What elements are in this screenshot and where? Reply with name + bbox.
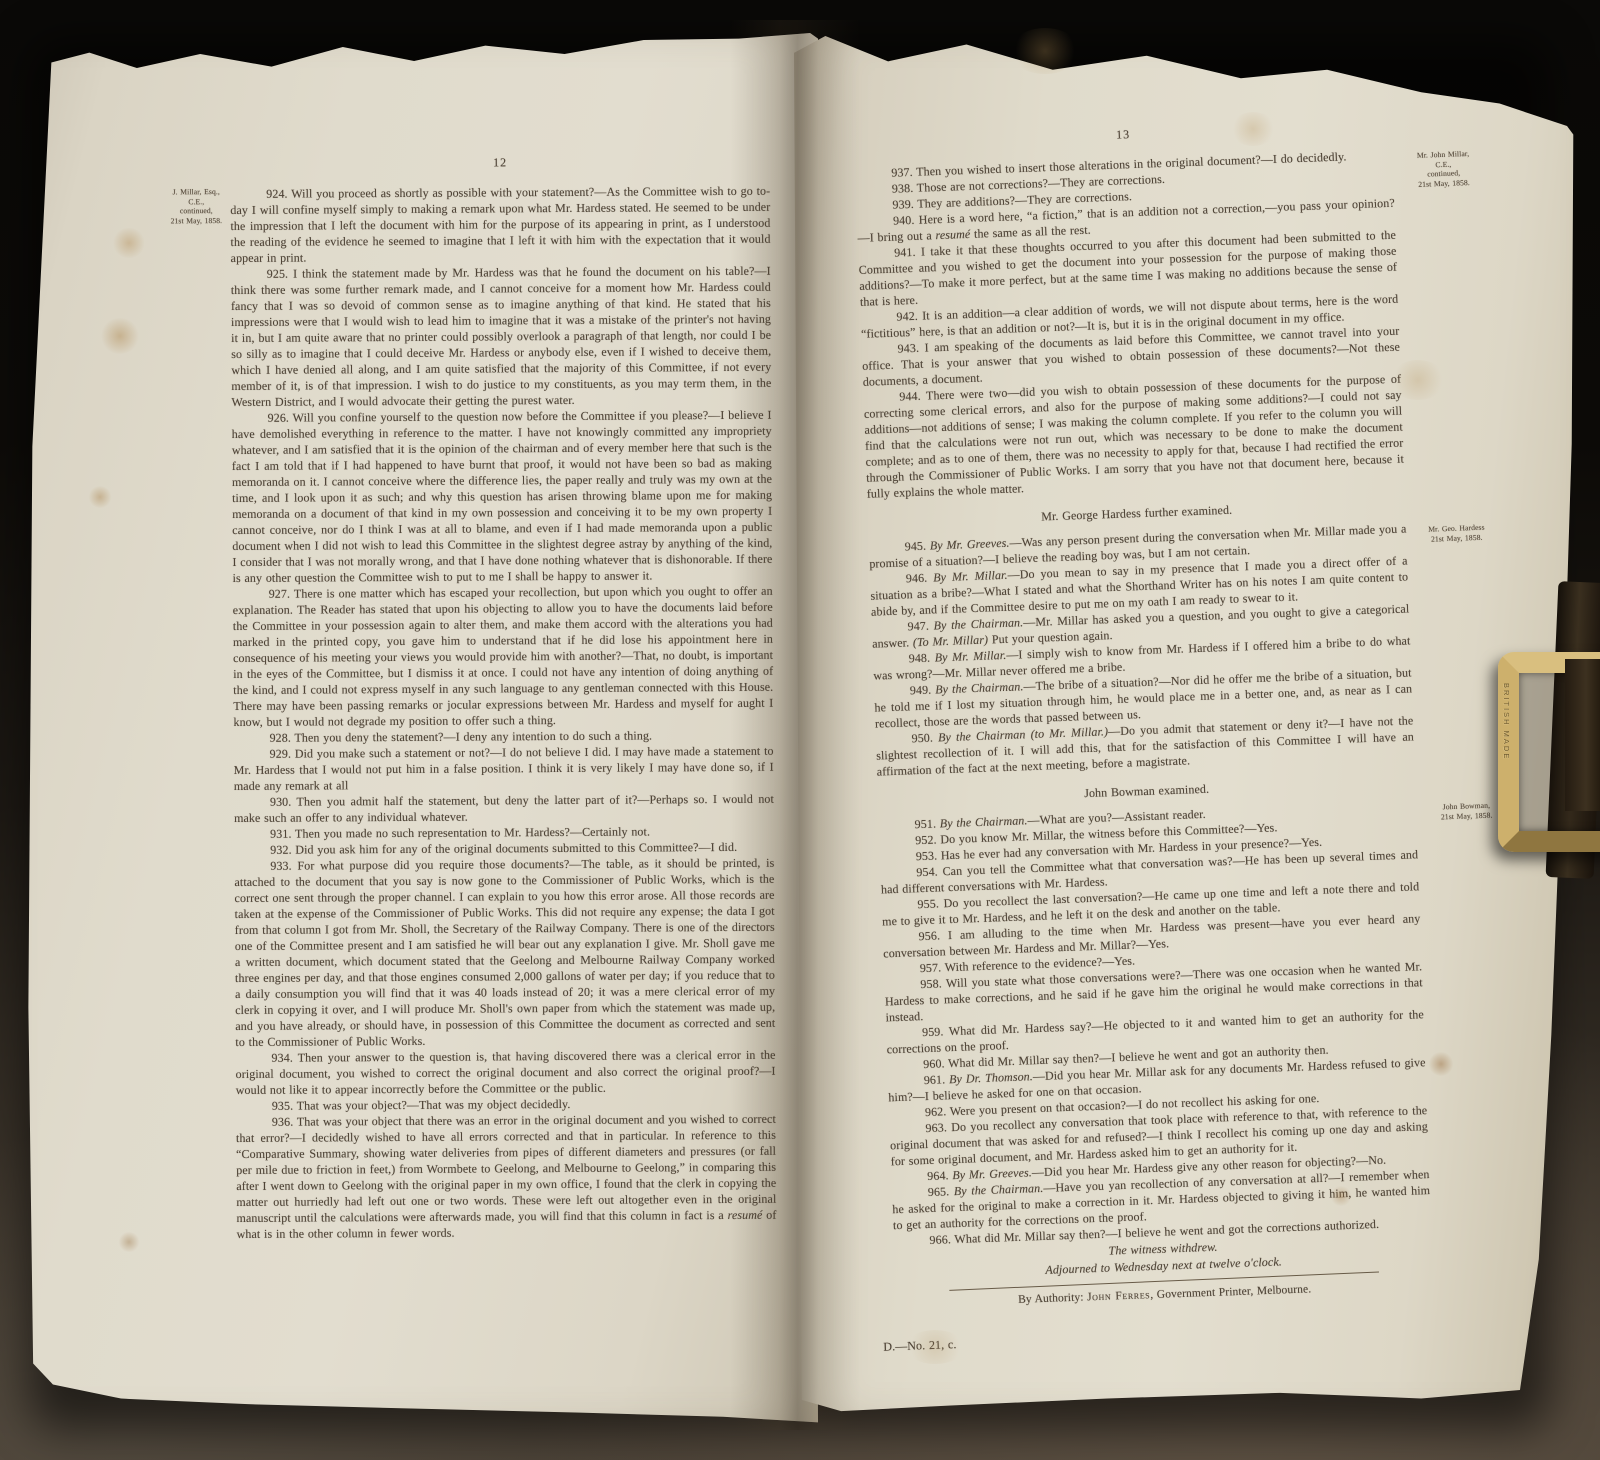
- question-paragraph: 925. I think the statement made by Mr. H…: [231, 263, 772, 410]
- paper-number-footnote: D.—No. 21, c.: [883, 1319, 1435, 1355]
- margin-note: J. Millar, Esq., C.E., continued, 21st M…: [170, 187, 222, 226]
- leather-strap: [1565, 659, 1600, 811]
- book-photo-scene: 12 924. Will you proceed as shortly as p…: [0, 0, 1600, 1460]
- question-paragraph: 924. Will you proceed as shortly as poss…: [230, 183, 770, 266]
- book-page-13: 13 937. Then you wished to insert those …: [794, 22, 1578, 1428]
- question-paragraph: 927. There is one matter which has escap…: [233, 583, 774, 730]
- question-paragraph: 936. That was your object that there was…: [236, 1111, 777, 1242]
- page-13-paragraphs: 937. Then you wished to insert those alt…: [855, 147, 1435, 1354]
- page-number-left: 12: [230, 153, 770, 172]
- page-12-paragraphs: 924. Will you proceed as shortly as poss…: [230, 183, 776, 1242]
- question-paragraph: 944. There were two—did you wish to obta…: [863, 371, 1405, 502]
- margin-note: Mr. John Millar, C.E., continued, 21st M…: [1396, 148, 1491, 190]
- question-paragraph: 926. Will you confine yourself to the qu…: [232, 407, 773, 586]
- question-paragraph: 933. For what purpose did you require th…: [234, 855, 775, 1050]
- buckle-stamp-label: BRITISH MADE: [1502, 683, 1511, 760]
- book-page-12: 12 924. Will you proceed as shortly as p…: [26, 26, 818, 1428]
- question-paragraph: 934. Then your answer to the question is…: [235, 1047, 775, 1098]
- margin-note: Mr. Geo. Hardess 21st May, 1858.: [1409, 522, 1504, 545]
- question-paragraph: 930. Then you admit half the statement, …: [234, 791, 774, 826]
- brass-buckle: BRITISH MADE: [1498, 652, 1600, 852]
- question-paragraph: 929. Did you make such a statement or no…: [234, 743, 774, 794]
- page-13-text-column: 13 937. Then you wished to insert those …: [854, 117, 1435, 1354]
- page-number-right: 13: [854, 117, 1392, 152]
- imprint-line: By Authority: John Ferres, Government Pr…: [896, 1277, 1434, 1312]
- page-12-text-column: 12 924. Will you proceed as shortly as p…: [230, 153, 777, 1242]
